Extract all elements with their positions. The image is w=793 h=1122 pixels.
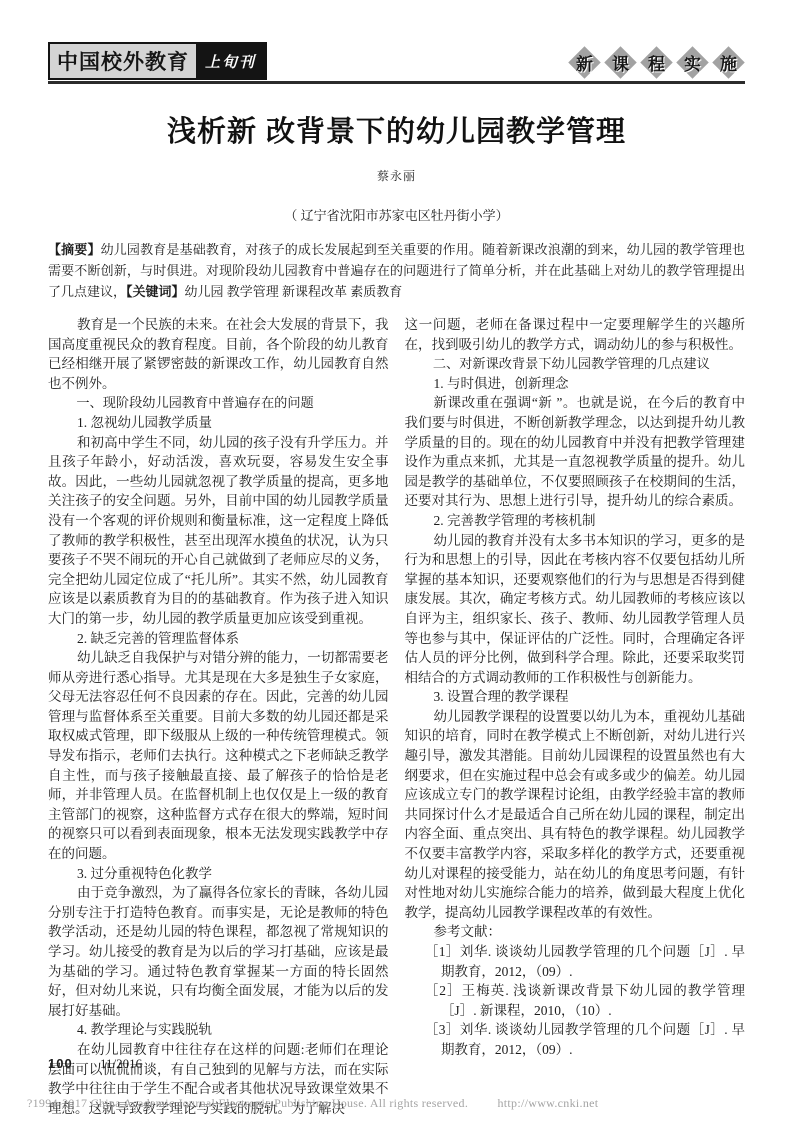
issue-label: 11/2016 — [100, 1056, 142, 1071]
paragraph: 幼儿园教学课程的设置要以幼儿为本，重视幼儿基础知识的培育，同时在教学模式上不断创… — [405, 707, 746, 923]
page-content: 中国校外教育 上旬刊 新 课 程 实 — [48, 0, 745, 1118]
paragraph-continuation: 这一问题，老师在备课过程中一定要理解学生的兴趣所在，找到吸引幼儿的教学方式，调动… — [405, 315, 746, 354]
reference-item: ［1］刘华. 谈谈幼儿园教学管理的几个问题［J］. 早期教育，2012，（09）… — [405, 942, 746, 981]
section-diamond: 程 — [640, 46, 673, 79]
abstract-block: 【摘要】幼儿园教育是基础教育，对孩子的成长发展起到至关重要的作用。随着新课改浪潮… — [48, 239, 745, 302]
masthead: 中国校外教育 上旬刊 新 课 程 实 — [48, 42, 745, 84]
keywords-text: 幼儿园 教学管理 新课程改革 素质教育 — [185, 284, 403, 299]
copyright-line: ?1994-2017 China Academic Journal Electr… — [27, 1096, 598, 1111]
column-left: 教育是一个民族的未来。在社会大发展的背景下，我国高度重视民众的教育程度。目前，各… — [48, 315, 389, 1118]
abstract-label: 【摘要】 — [48, 242, 101, 257]
paragraph: 幼儿缺乏自我保护与对错分辨的能力，一切都需要老师从旁进行悉心指导。尤其是现在大多… — [48, 648, 389, 864]
page-number: 100 — [48, 1056, 73, 1071]
section-heading: 二、对新课改背景下幼儿园教学管理的几点建议 — [405, 354, 746, 374]
references-heading: 参考文献： — [405, 922, 746, 942]
section-char: 程 — [640, 46, 673, 79]
section-heading: 一、现阶段幼儿园教育中普遍存在的问题 — [48, 393, 389, 413]
author-affiliation: （ 辽宁省沈阳市苏家屯区牡丹街小学） — [48, 205, 745, 224]
paragraph: 由于竞争激烈，为了赢得各位家长的青睐，各幼儿园分别专注于打造特色教育。而事实是，… — [48, 883, 389, 1020]
sub-heading: 3. 过分重视特色化教学 — [48, 864, 389, 884]
page-footer: 100 11/2016 — [48, 1056, 142, 1072]
sub-heading: 4. 教学理论与实践脱轨 — [48, 1020, 389, 1040]
sub-heading: 1. 忽视幼儿园教学质量 — [48, 413, 389, 433]
section-diamond: 新 — [568, 46, 601, 79]
reference-item: ［3］刘华. 谈谈幼儿园教学管理的几个问题［J］. 早期教育，2012，（09）… — [405, 1020, 746, 1059]
body-columns: 教育是一个民族的未来。在社会大发展的背景下，我国高度重视民众的教育程度。目前，各… — [48, 315, 745, 1118]
sub-heading: 1. 与时俱进，创新理念 — [405, 374, 746, 394]
section-char: 施 — [712, 46, 745, 79]
journal-page: 中国校外教育 上旬刊 新 课 程 实 — [0, 0, 793, 1122]
article-title: 浅析新 改背景下的幼儿园教学管理 — [48, 109, 745, 150]
column-right: 这一问题，老师在备课过程中一定要理解学生的兴趣所在，找到吸引幼儿的教学方式，调动… — [405, 315, 746, 1118]
edition-badge: 上旬刊 — [196, 44, 265, 78]
section-badges: 新 课 程 实 施 — [568, 46, 745, 79]
journal-name: 中国校外教育 — [50, 44, 196, 78]
paragraph: 新课改重在强调“新 ”。也就是说，在今后的教育中我们要与时俱进，不断创新教学理念… — [405, 393, 746, 511]
section-diamond: 实 — [676, 46, 709, 79]
section-diamond: 课 — [604, 46, 637, 79]
reference-item: ［2］王梅英. 浅谈新课改背景下幼儿园的教学管理［J］. 新课程，2010，（1… — [405, 981, 746, 1020]
copyright-text: ?1994-2017 China Academic Journal Electr… — [27, 1096, 468, 1110]
section-char: 实 — [676, 46, 709, 79]
journal-badge: 中国校外教育 上旬刊 — [48, 42, 267, 80]
sub-heading: 2. 完善教学管理的考核机制 — [405, 511, 746, 531]
section-char: 新 — [568, 46, 601, 79]
sub-heading: 2. 缺乏完善的管理监督体系 — [48, 629, 389, 649]
paragraph: 和初高中学生不同，幼儿园的孩子没有升学压力。并且孩子年龄小，好动活泼，喜欢玩耍，… — [48, 433, 389, 629]
sub-heading: 3. 设置合理的教学课程 — [405, 687, 746, 707]
section-char: 课 — [604, 46, 637, 79]
paragraph: 幼儿园的教育并没有太多书本知识的学习，更多的是行为和思想上的引导，因此在考核内容… — [405, 531, 746, 688]
keywords-label: 【关键词】 — [126, 284, 185, 299]
cnki-url[interactable]: http://www.cnki.net — [497, 1096, 598, 1110]
author-name: 蔡永丽 — [48, 167, 745, 184]
paragraph: 教育是一个民族的未来。在社会大发展的背景下，我国高度重视民众的教育程度。目前，各… — [48, 315, 389, 393]
section-diamond: 施 — [712, 46, 745, 79]
